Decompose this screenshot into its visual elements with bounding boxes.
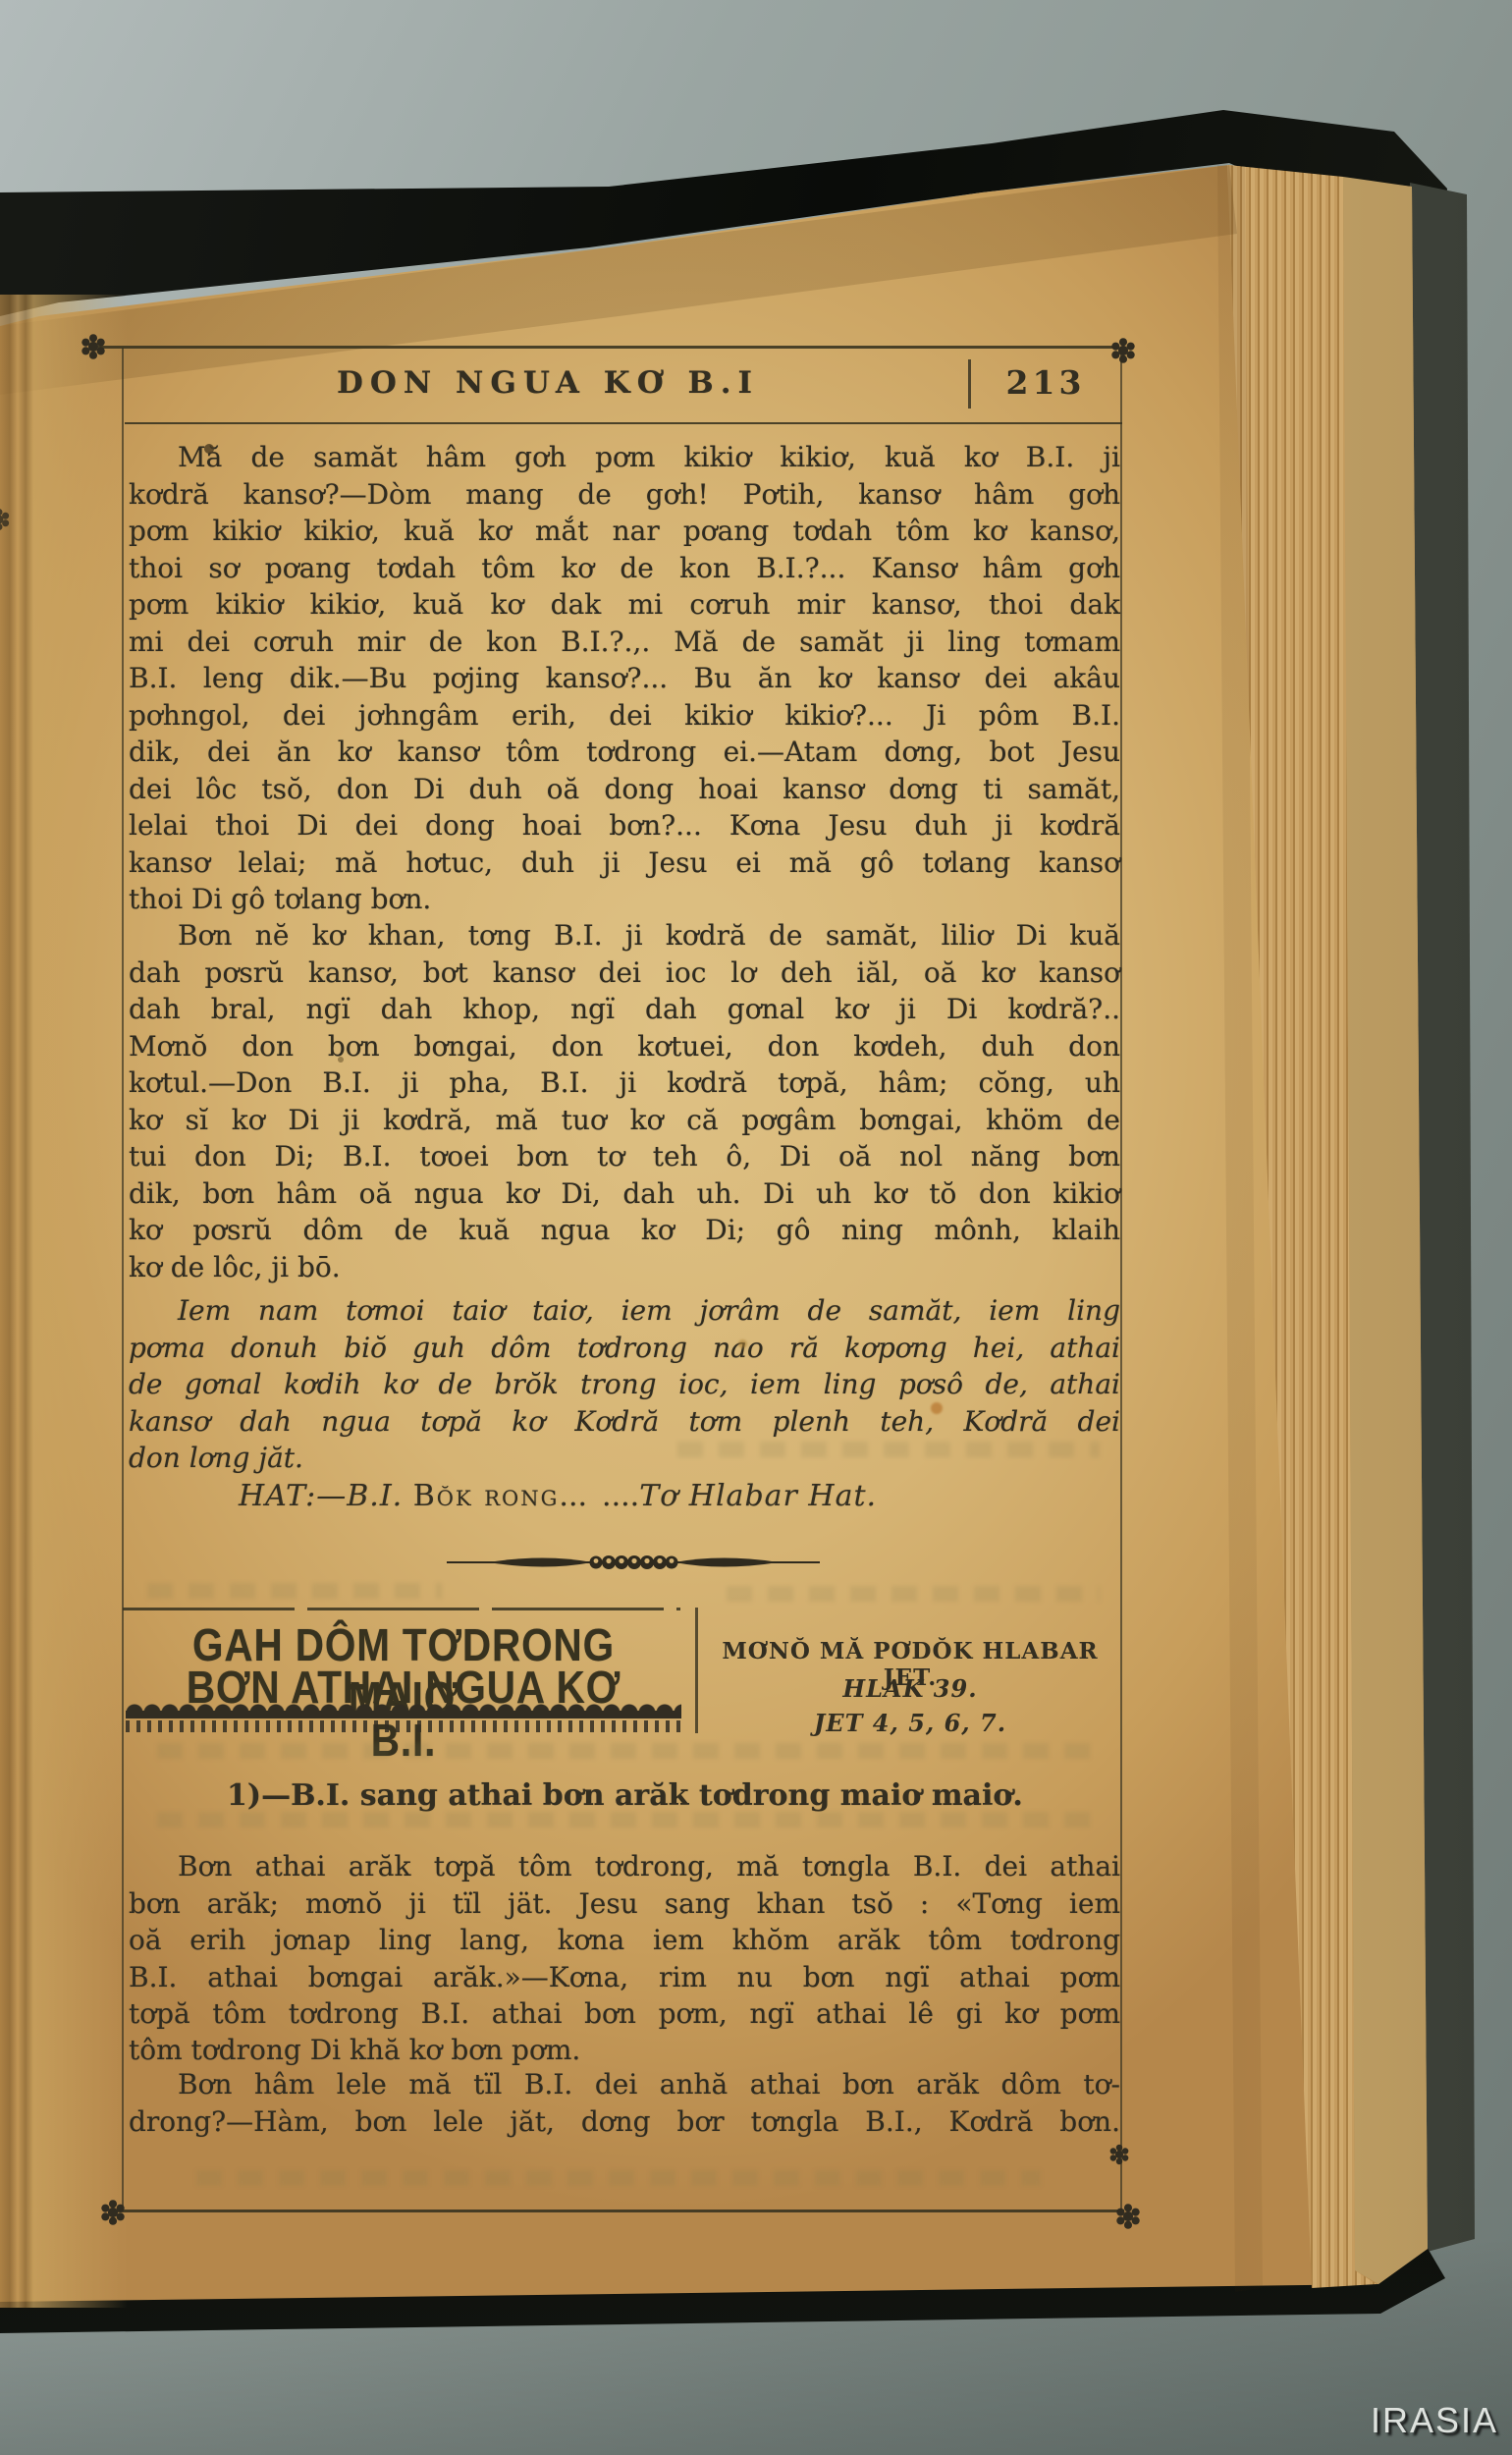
folio-divider-line bbox=[968, 359, 971, 409]
hat-title: Tơ Hlabar Hat. bbox=[639, 1479, 877, 1513]
show-through-ghost bbox=[147, 1583, 442, 1599]
paragraph-1: Mă de samăt hâm gơh pơm kikiơ kikiơ, kuă… bbox=[129, 439, 1120, 881]
flower-ornament-icon bbox=[98, 2198, 128, 2227]
section-box-top-border bbox=[123, 1608, 680, 1610]
paragraph-5: Bơn hâm lele mă tïl B.I. dei anhă athai … bbox=[129, 2066, 1120, 2140]
paragraph-3-italic: Iem nam tơmoi taiơ taiơ, iem jơrâm de sa… bbox=[129, 1292, 1120, 1440]
hymn-reference-line: HAT:—B.I. Bŏk rong... ....Tơ Hlabar Hat. bbox=[239, 1479, 877, 1513]
footer-rule bbox=[111, 2209, 1124, 2212]
paragraph-4: Bơn athai arăk tơpă tôm tơdrong, mă tơng… bbox=[129, 1848, 1120, 2033]
flower-ornament-icon bbox=[79, 332, 108, 361]
side-note-line2-wrap: HLAK 39. bbox=[699, 1674, 1121, 1703]
scallop-row bbox=[126, 1696, 681, 1711]
page-content: DON NGUA KƠ B.I 213 Mă de samăt hâm gơh … bbox=[0, 0, 1512, 2455]
paragraph-3-last-line: don lơng jăt. bbox=[129, 1440, 1120, 1477]
digitization-watermark: IRASIA bbox=[1371, 2400, 1498, 2441]
show-through-ghost bbox=[196, 2170, 1041, 2186]
flower-ornament-icon bbox=[0, 507, 12, 532]
paragraph-1-last-line: thoi Di gô tơlang bơn. bbox=[129, 881, 1120, 918]
header-bottom-rule bbox=[125, 422, 1122, 424]
divider-ornament-icon bbox=[447, 1550, 820, 1575]
fringe-row bbox=[126, 1720, 681, 1732]
left-frame-line bbox=[122, 348, 124, 2211]
right-frame-line bbox=[1120, 348, 1122, 2211]
show-through-ghost bbox=[157, 1812, 1100, 1828]
page-number: 213 bbox=[972, 363, 1119, 402]
paragraph-4-last-line: tôm tơdrong Di khă kơ bơn pơm. bbox=[129, 2032, 1120, 2069]
flower-ornament-icon bbox=[1108, 336, 1138, 365]
hat-prefix: HAT:—B.I. bbox=[239, 1479, 413, 1513]
numbered-section-heading: 1)—B.I. sang athai bơn arăk tơdrong maiơ… bbox=[227, 1778, 1023, 1813]
hat-dots: ... .... bbox=[559, 1479, 639, 1513]
section-box-divider bbox=[695, 1608, 698, 1733]
flower-ornament-icon bbox=[1113, 2202, 1143, 2231]
side-note-line2: HLAK 39. bbox=[699, 1674, 1121, 1703]
hat-smallcaps: Bŏk rong bbox=[413, 1479, 560, 1513]
paragraph-2-last-line: kơ de lôc, ji bō. bbox=[129, 1249, 1120, 1286]
flower-ornament-icon bbox=[1107, 2143, 1131, 2166]
running-head-title: DON NGUA KƠ B.I bbox=[129, 365, 967, 401]
show-through-ghost bbox=[727, 1586, 1100, 1602]
band-bar bbox=[126, 1711, 681, 1718]
ornamental-band bbox=[126, 1696, 681, 1732]
side-note-line3: JET 4, 5, 6, 7. bbox=[699, 1709, 1121, 1737]
side-note-line3-wrap: JET 4, 5, 6, 7. bbox=[699, 1709, 1121, 1737]
paragraph-2: Bơn nĕ kơ khan, tơng B.I. ji kơdră de sa… bbox=[129, 917, 1120, 1249]
header-top-rule bbox=[98, 346, 1113, 349]
